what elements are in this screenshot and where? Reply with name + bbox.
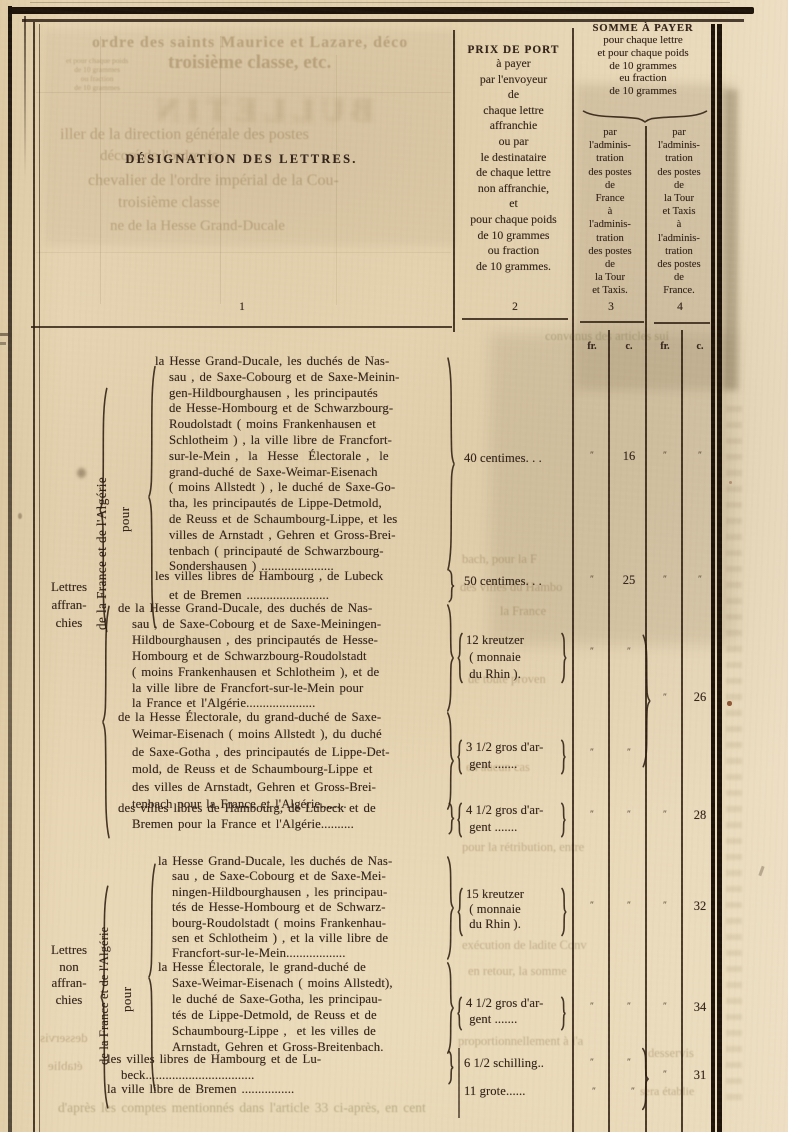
bleedthrough-text: d'après les comptes mentionnés dans l'ar… [58,1100,426,1116]
header-rule-col3 [580,321,644,323]
cell-fr-france: ″ [590,809,594,819]
cell-fr-france: ″ [590,1001,594,1011]
row-destination: de la Hesse Électorale, du grand-duché d… [118,709,390,813]
cell-fr-france: ″ [590,747,594,757]
cell-fr-france: ″ [592,1086,596,1096]
header-rule-col2 [462,318,568,320]
stain [724,90,738,390]
group-label-lettres-affranchies: Lettres affran- chies [40,578,98,632]
stain [490,333,735,645]
bleedthrough-text: la France [500,604,546,619]
column-number-3: 3 [608,301,614,313]
column-header-designation: DÉSIGNATION DES LETTRES. [31,152,452,167]
ghost-rule [100,36,101,304]
group-origin-pour: pour [119,987,135,1012]
bleedthrough-text: proportionnellement à l'a [458,1034,583,1049]
cell-fr-taxis: ″ [663,1001,667,1011]
cell-c-france: 16 [623,449,636,464]
frame-top-hairline [30,2,730,3]
port-title: PRIX DE PORT [454,44,573,56]
page-edge-mark [758,866,764,876]
unit-header-fr: fr. [587,341,596,352]
bleedthrough-text: chevalier de l'ordre impérial de la Cou- [88,172,339,190]
cell-c-france: ″ [627,747,631,757]
cell-c-taxis: ″ [698,574,702,584]
row8-brace [447,1051,455,1084]
row-price: 3 1/2 gros d'ar- gent ....... [466,739,543,773]
row7-price-brace-open [456,997,463,1030]
cell-fr-france: ″ [590,450,594,460]
row6-price-brace-open [456,888,464,936]
bleedthrough-text: pour la rétribution, entre [462,840,584,855]
row-price: 4 1/2 gros d'ar- gent ....... [466,996,543,1027]
bleedthrough-text: ordre des saints Maurice et Lazare, déco [92,34,408,52]
row5-price-brace-open [456,803,463,837]
subcolumn-line-fr-c-right [681,330,683,1132]
cell-fr-france: ″ [590,1057,594,1067]
cell-c-france: 25 [623,573,636,588]
ink-speck [729,481,732,484]
row-price: 6 1/2 schilling.. [464,1056,544,1071]
frame-left-inner [24,16,26,176]
row3-brace [445,604,456,712]
cell-c-taxis-shared: 26 [694,690,707,705]
somme-text: pour chaque lettre et pour chaque poids … [575,34,711,98]
cell-fr-taxis: ″ [663,450,667,460]
cell-c-taxis: ″ [698,450,702,460]
cell-c-taxis-shared: 31 [694,1068,707,1083]
cell-fr-taxis: ″ [663,900,667,910]
frame-top-bar [10,7,754,14]
bleedthrough-text: desservis [40,1030,88,1046]
rows8-9-span-brace [640,1048,651,1110]
row-destination: les villes libres de Hambourg , de Lubec… [155,567,383,604]
header-rule-col4 [654,322,710,324]
group-label-lettres-non-affranchies: Lettres non affran- chies [40,942,98,1008]
group1-brace-outer [97,386,110,634]
group1-brace-rows3-5 [100,604,112,840]
table-border-left [33,22,35,1132]
column-number-4: 4 [677,301,683,313]
row3-price-brace-close [560,633,568,683]
bleedthrough-text: en retour, la somme [468,964,567,979]
bleedthrough-text: établie [48,1058,83,1074]
cell-fr-taxis: ″ [663,574,667,584]
bleedthrough-text: exécution de ladite Conv [462,938,587,953]
bleedthrough-text: et pour chaque poids de 10 grammes ou fr… [66,56,128,92]
ink-blot [77,468,86,478]
unit-header-c: c. [697,341,704,352]
bleedthrough-text: convenus des articles sui [545,329,669,344]
column-number-2: 2 [512,301,518,313]
row7-brace [445,962,456,1054]
row-destination: des villes libres de Hambourg, de Lubeck… [118,801,376,832]
bleedthrough-text: desservis [648,1046,694,1061]
group-origin-pour: pour [117,507,133,532]
page-edge-mark [0,333,8,336]
row-price: 4 1/2 gros d'ar- gent ....... [466,802,543,836]
column-number-1: 1 [239,301,245,313]
row-destination: les villes libres de Hambourg et de Lu- … [107,1052,321,1083]
unit-header-fr: fr. [660,341,669,352]
row4-price-brace-close [560,740,567,774]
row-price: 11 grote...... [464,1084,525,1099]
row-price: 12 kreutzer ( monnaie du Rhin ). [466,632,524,682]
cell-fr-taxis: ″ [663,809,667,819]
cell-c-france: ″ [631,1086,635,1096]
unit-header-c: c. [626,341,633,352]
cell-c-france: ″ [627,1057,631,1067]
bleedthrough-text: ne de la Hesse Grand-Ducale [110,218,285,235]
cell-c-taxis: 34 [694,1000,707,1015]
bleedthrough-text: troisième classe [118,194,220,212]
somme-underbrace [581,108,709,123]
ghost-rule [220,36,221,304]
cell-fr-france: ″ [590,900,594,910]
row5-price-brace-close [560,803,567,837]
cell-c-france: ″ [627,900,631,910]
bleedthrough-text: troisième classe, etc. [168,52,331,74]
column-group-header-somme: SOMME À PAYER pour chaque lettre et pour… [575,22,711,98]
row1-brace [445,356,457,572]
bleedthrough-text: bach, pour la F [462,552,537,567]
row7-price-brace-close [560,997,567,1030]
red-dot [727,701,732,706]
row4-price-brace-open [456,740,463,774]
bleedthrough-text: BULLETIN [150,92,374,130]
column-header-france-to-taxis: par l'adminis- tration des postes de Fra… [575,126,645,298]
row6-price-brace-close [560,888,568,936]
port-text: à payer par l'envoyeur de chaque lettre … [454,56,573,274]
stain [726,400,742,1100]
cell-fr-taxis-shared: ″ [663,692,667,702]
cell-c-taxis: 28 [694,808,707,823]
cell-c-taxis: 32 [694,899,707,914]
row4-brace [445,712,456,810]
rows3-4-span-brace [640,634,653,768]
table-border-right-inner [711,24,715,1132]
row-price: 15 kreutzer ( monnaie du Rhin ). [466,887,524,933]
cell-c-france: ″ [627,809,631,819]
cell-c-france: ″ [627,646,631,656]
row-destination: la ville libre de Bremen ...............… [107,1082,294,1097]
row-destination: la Hesse Grand-Ducale, les duchés de Nas… [158,854,392,962]
ink-speck [18,513,22,519]
row3-price-brace-open [456,633,464,683]
cell-c-france: ″ [627,1001,631,1011]
frame-left-bar [8,6,12,1132]
bleedthrough-text: iller de la direction générale des poste… [60,126,309,144]
column-line-1-2-stub [458,1048,460,1118]
cell-fr-taxis-shared: ″ [663,1069,667,1079]
cell-fr-france: ″ [590,574,594,584]
ghost-rule [36,252,451,253]
row5-brace [447,803,456,834]
header-rule-col1 [31,326,452,328]
scanned-postal-tariff-page: ordre des saints Maurice et Lazare, déco… [0,0,788,1132]
cell-fr-france: ″ [590,646,594,656]
page-edge-mark [0,342,6,345]
row6-brace [445,856,456,960]
row-price: 50 centimes. . . [464,574,542,589]
column-header-port: PRIX DE PORT à payer par l'envoyeur de c… [454,44,573,274]
column-header-taxis-to-france: par l'adminis- tration des postes de la … [647,126,711,298]
row-price: 40 centimes. . . [464,451,542,466]
row-destination: la Hesse Grand-Ducale, les duchés de Nas… [155,354,400,575]
ghost-rule [36,92,451,93]
row2-brace [447,570,456,602]
row-destination: de la Hesse Grand-Ducale, des duchés de … [118,601,381,712]
row-destination: la Hesse Électorale, le grand-duché de S… [158,959,393,1055]
table-border-right-outer [717,24,722,1132]
subcolumn-line-fr-c-left [608,330,610,1132]
somme-title: SOMME À PAYER [575,22,711,34]
